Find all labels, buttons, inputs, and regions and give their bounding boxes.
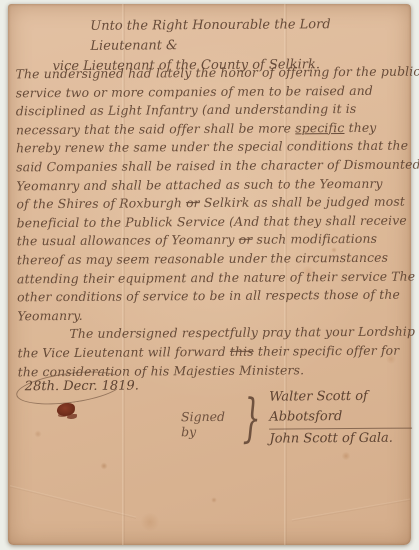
body-text: the usual allowances of Yeomanry	[17, 232, 239, 249]
body-text: necessary that the said offer shall be m…	[16, 120, 295, 137]
signature-brace: }	[243, 395, 262, 443]
date-annotation: 28th. Decr. 1819.	[25, 378, 139, 394]
body-text: such modifications	[252, 231, 377, 247]
letter-body: The undersigned had lately the honor of …	[16, 63, 410, 326]
signature-block: Signed by } Walter Scott of Abbotsford J…	[181, 387, 412, 451]
handwritten-text-layer: Unto the Right Honourable the Lord Lieut…	[6, 3, 413, 547]
body-text: Selkirk as shall be judged most	[200, 194, 405, 210]
signature-walter-scott: Walter Scott of Abbotsford	[269, 387, 412, 430]
body-text: of the Shires of Roxburgh	[16, 195, 186, 211]
heading-line-1: Unto the Right Honourable the Lord Lieut…	[90, 15, 403, 57]
signed-by-label: Signed by	[181, 399, 232, 439]
struck-word: or	[186, 195, 200, 210]
signature-john-scott: John Scott of Gala.	[269, 429, 412, 450]
signature-names: Walter Scott of Abbotsford John Scott of…	[269, 387, 412, 450]
struck-word: this	[230, 343, 254, 358]
struck-word: or	[239, 232, 253, 247]
wax-seal-mark	[57, 403, 75, 416]
closing-text: their specific offer for	[254, 342, 400, 358]
underlined-word: specific	[295, 120, 344, 135]
letter-paper: Unto the Right Honourable the Lord Lieut…	[8, 4, 411, 545]
closing-text: the Vice Lieutenant will forward	[17, 344, 229, 360]
body-text: they	[344, 120, 376, 135]
